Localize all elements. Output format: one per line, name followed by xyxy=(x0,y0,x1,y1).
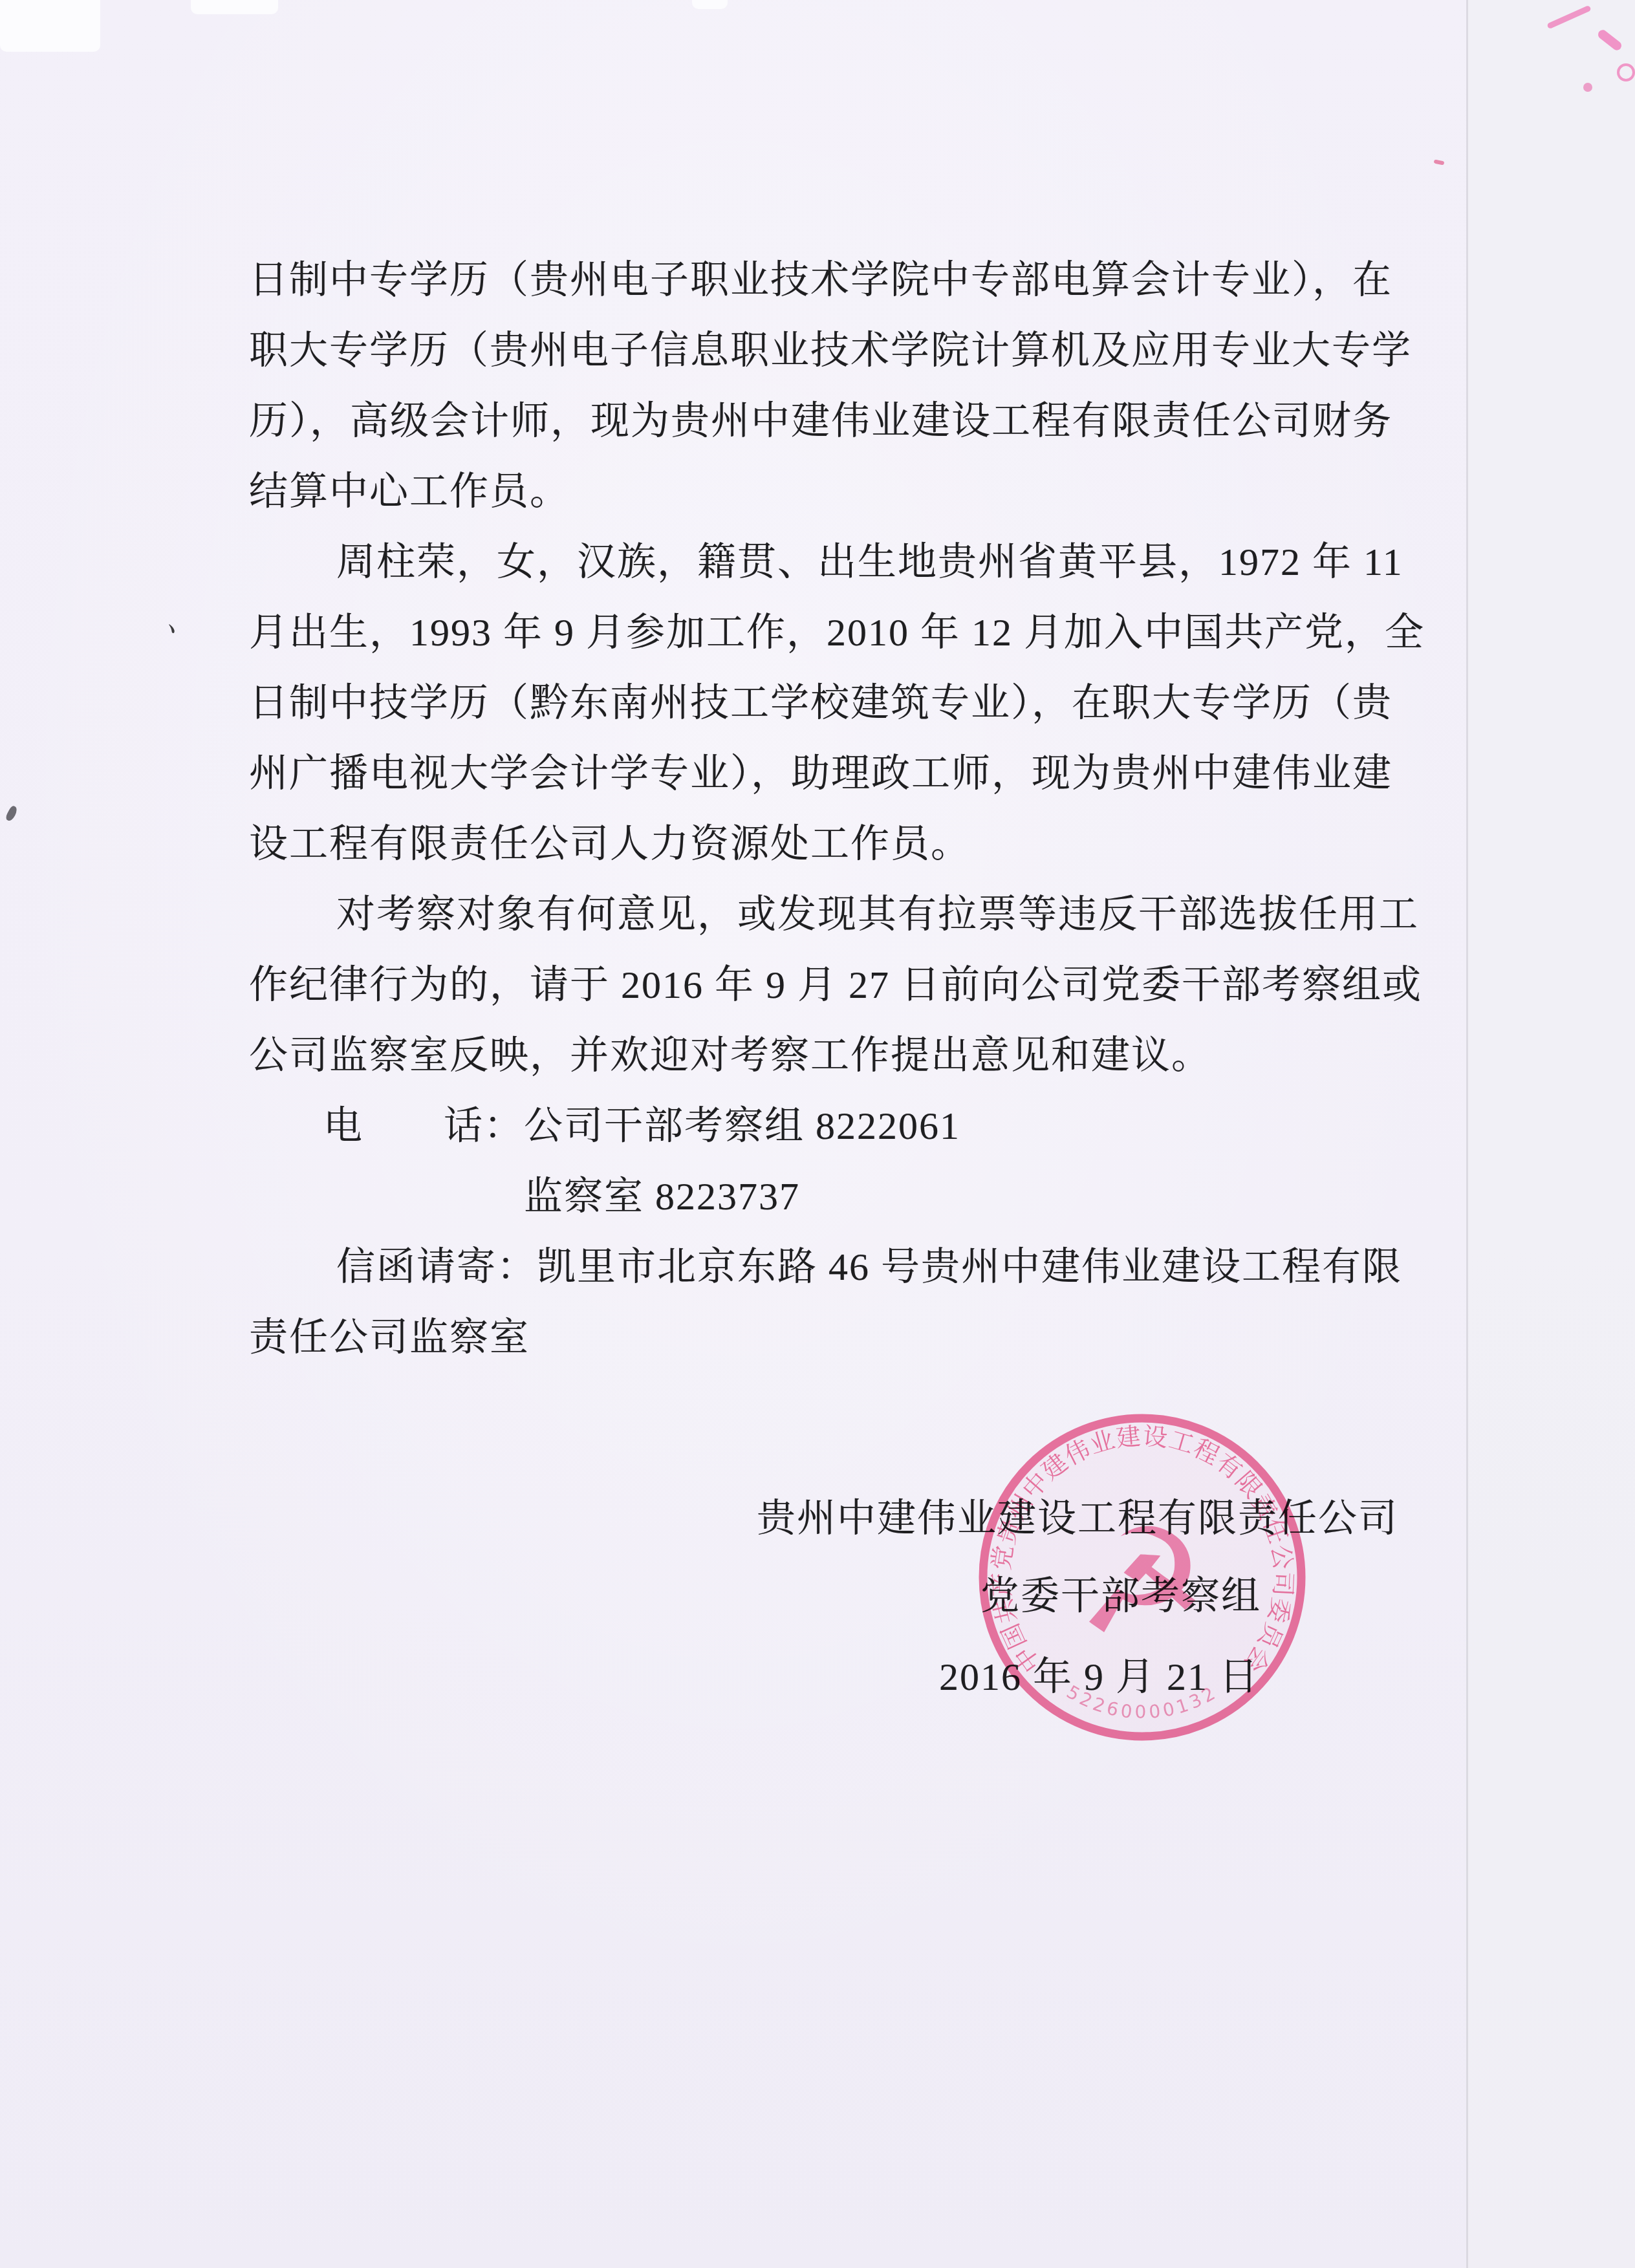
body-line: 日制中专学历（贵州电子职业技术学院中专部电算会计专业），在 xyxy=(249,259,1392,301)
mail-address-line: 责任公司监察室 xyxy=(249,1316,530,1359)
body-line: 月出生，1993 年 9 月参加工作，2010 年 12 月加入中国共产党，全 xyxy=(249,611,1425,654)
official-seal: 中国共产党贵州中建伟业建设工程有限责任公司委员会 ☭ 52260000132 xyxy=(974,1409,1310,1745)
scan-corner-nick xyxy=(0,0,100,52)
pink-scuff-mark xyxy=(1583,83,1592,92)
red-speck xyxy=(1434,159,1445,165)
phone-line: 电 话：公司干部考察组 8222061 xyxy=(323,1105,960,1147)
body-line: 日制中技学历（黔东南州技工学校建筑专业），在职大专学历（贵 xyxy=(249,682,1392,724)
body-line: 历），高级会计师，现为贵州中建伟业建设工程有限责任公司财务 xyxy=(249,400,1392,442)
scan-edge-strip xyxy=(1466,0,1635,2268)
body-line: 作纪律行为的，请于 2016 年 9 月 27 日前向公司党委干部考察组或 xyxy=(249,964,1422,1006)
scanned-document-page: 日制中专学历（贵州电子职业技术学院中专部电算会计专业），在 职大专学历（贵州电子… xyxy=(0,0,1635,2268)
pink-scuff-mark xyxy=(1617,63,1635,81)
party-emblem-icon: ☭ xyxy=(1077,1498,1207,1667)
body-line: 州广播电视大学会计学专业），助理政工师，现为贵州中建伟业建 xyxy=(249,752,1392,795)
body-line: 设工程有限责任公司人力资源处工作员。 xyxy=(249,823,971,865)
body-line: 职大专学历（贵州电子信息职业技术学院计算机及应用专业大专学 xyxy=(249,329,1412,372)
scan-edge-nick xyxy=(191,0,278,14)
body-line: 周柱荣，女，汉族，籍贯、出生地贵州省黄平县，1972 年 11 xyxy=(336,541,1403,583)
mail-address-line: 信函请寄：凯里市北京东路 46 号贵州中建伟业建设工程有限 xyxy=(336,1246,1402,1288)
body-line: 结算中心工作员。 xyxy=(249,470,570,513)
stray-ink-mark xyxy=(5,805,19,823)
body-line: 公司监察室反映，并欢迎对考察工作提出意见和建议。 xyxy=(249,1034,1211,1077)
scan-edge-nick xyxy=(692,0,728,9)
stray-ink-mark: 、 xyxy=(164,597,205,647)
phone-line: 监察室 8223737 xyxy=(524,1175,800,1218)
body-line: 对考察对象有何意见，或发现其有拉票等违反干部选拔任用工 xyxy=(336,893,1419,936)
